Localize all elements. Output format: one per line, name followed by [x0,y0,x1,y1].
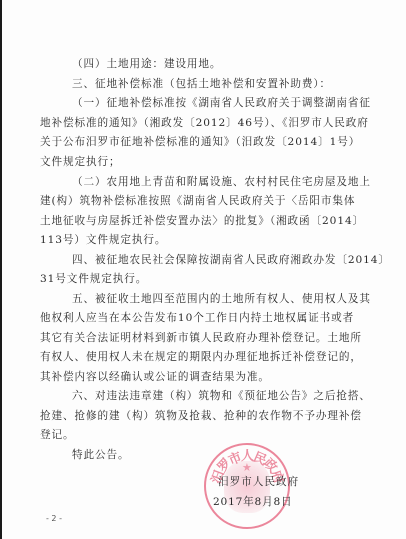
text-line: 特此公告。 [72,448,129,462]
text-line: 土地征收与房屋拆迁补偿安置办法〉的批复》（湘政函〔2014〕 [40,214,364,228]
text-line: 其补偿内容以经确认或公证的调查结果为准。 [40,370,270,384]
document-page: （四）土地用途：建设用地。三、征地补偿标准（包括土地补偿和安置补助费）：（一）征… [0,0,406,539]
text-line: 113号）文件规定执行。 [40,233,166,247]
text-line: 有权人、使用权人未在规定的期限内办理征地拆迁补偿登记的， [40,350,362,364]
issue-date: 2017年8月8日 [213,494,292,509]
text-line: 其它有关合法证明材料到新市镇人民政府办理补偿登记。土地所 [40,331,362,345]
text-line: 四、被征地农民社会保障按湖南省人民政府湘政办发〔2014〕 [72,253,390,267]
text-line: 地补偿标准的通知》（湘政发〔2012〕46号）、《汨罗市人民政府 [40,116,369,130]
text-line: （四）土地用途：建设用地。 [72,57,221,71]
text-line: 建(构）筑物补偿标准按照《湖南省人民政府关于〈岳阳市集体 [40,194,355,208]
text-line: 文件规定执行； [40,155,120,169]
text-line: （一）征地补偿标准按《湖南省人民政府关于调整湖南省征 [72,96,371,110]
text-line: 五、被征收土地四至范围内的土地所有权人、使用权人及其 [72,292,371,306]
text-line: 登记。 [40,428,74,442]
text-line: 六、对违法违章建（构）筑物和《预征地公告》之后抢搭、 [72,389,371,403]
text-line: 关于公布汨罗市征地补偿标准的通知》（汨政发〔2014〕1号） [40,135,360,149]
text-line: （二）农用地上青苗和附属设施、农村村民住宅房屋及地上 [72,175,371,189]
text-line: 他权利人应当在本公告发布10个工作日内持土地权属证书或者 [40,311,354,325]
text-line: 抢建、抢修的建（构）筑物及抢栽、抢种的农作物不予办理补偿 [40,409,362,423]
page-edge-divider [0,0,2,539]
issuer-signature: 汨罗市人民政府 [218,474,299,489]
page-number: - 2 - [46,514,62,523]
text-line: 31号文件规定执行。 [40,272,147,286]
text-line: 三、征地补偿标准（包括土地补偿和安置补助费）： [72,77,331,91]
